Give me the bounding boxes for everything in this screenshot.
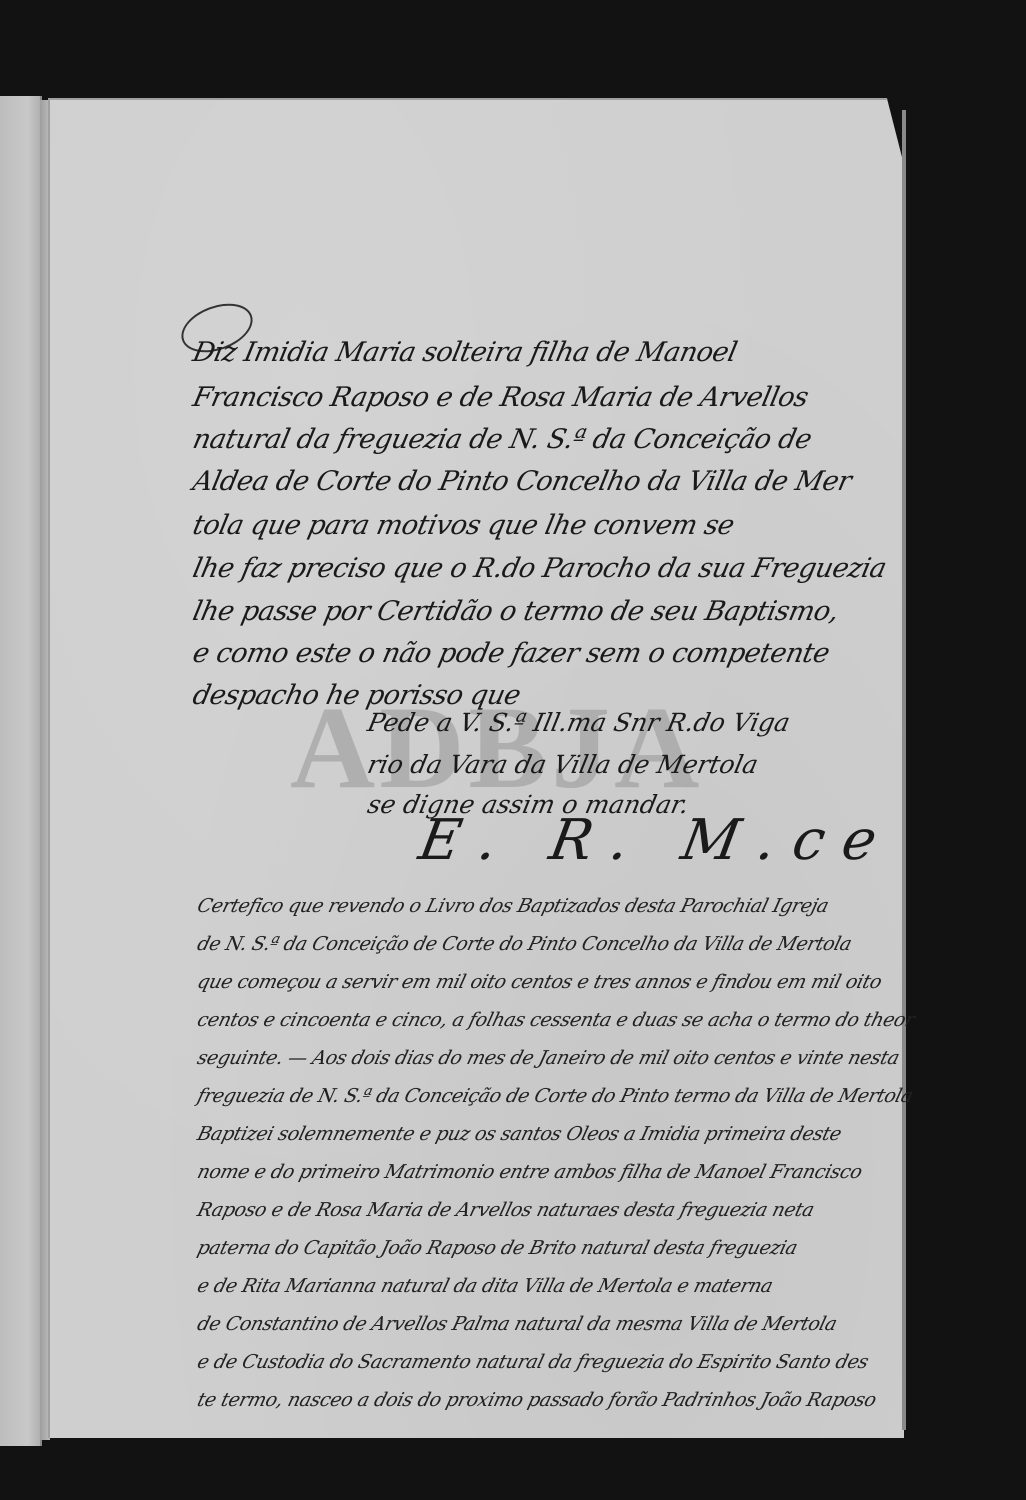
certificate-line: seguinte. — Aos dois dias do mes de Jane…: [195, 1047, 901, 1069]
closing-formula: E. R. M.ce: [414, 808, 899, 873]
certificate-line: e de Custodia do Sacramento natural da f…: [195, 1351, 871, 1373]
petition-line: despacho he porisso que: [190, 680, 523, 711]
certificate-line: paterna do Capitão João Raposo de Brito …: [195, 1237, 800, 1259]
certificate-line: de Constantino de Arvellos Palma natural…: [195, 1313, 839, 1335]
request-line: rio da Vara da Villa de Mertola: [365, 750, 761, 779]
certificate-line: Raposo e de Rosa Maria de Arvellos natur…: [195, 1199, 816, 1221]
certificate-line: Certefico que revendo o Livro dos Baptiz…: [195, 895, 831, 917]
certificate-line: que começou a servir em mil oito centos …: [195, 971, 884, 993]
petition-line: natural da freguezia de N. S.ª da Concei…: [190, 424, 814, 455]
certificate-line: de N. S.ª da Conceição de Corte do Pinto…: [195, 933, 854, 955]
petition-line: e como este o não pode fazer sem o compe…: [190, 638, 832, 669]
certificate-line: nome e do primeiro Matrimonio entre ambo…: [195, 1161, 864, 1183]
certificate-line: e de Rita Marianna natural da dita Villa…: [195, 1275, 775, 1297]
request-line: Pede a V. S.ª Ill.ma Snr R.do Viga: [365, 708, 793, 737]
certificate-line: centos e cincoenta e cinco, a folhas ces…: [195, 1009, 917, 1031]
petition-line: Francisco Raposo e de Rosa Maria de Arve…: [190, 382, 811, 413]
petition-line: tola que para motivos que lhe convem se: [190, 510, 737, 541]
certificate-line: Baptizei solemnemente e puz os santos Ol…: [195, 1123, 844, 1145]
petition-line: lhe faz preciso que o R.do Parocho da su…: [190, 553, 889, 584]
petition-line: Aldea de Corte do Pinto Concelho da Vill…: [190, 466, 854, 497]
page-edge: [902, 110, 906, 1430]
petition-line: lhe passe por Certidão o termo de seu Ba…: [190, 596, 841, 627]
petition-line: Diz Imidia Maria solteira filha de Manoe…: [190, 337, 740, 368]
certificate-line: te termo, nasceo a dois do proximo passa…: [195, 1389, 878, 1411]
facing-page-edge: [0, 96, 42, 1446]
certificate-line: freguezia de N. S.ª da Conceição de Cort…: [195, 1085, 915, 1107]
